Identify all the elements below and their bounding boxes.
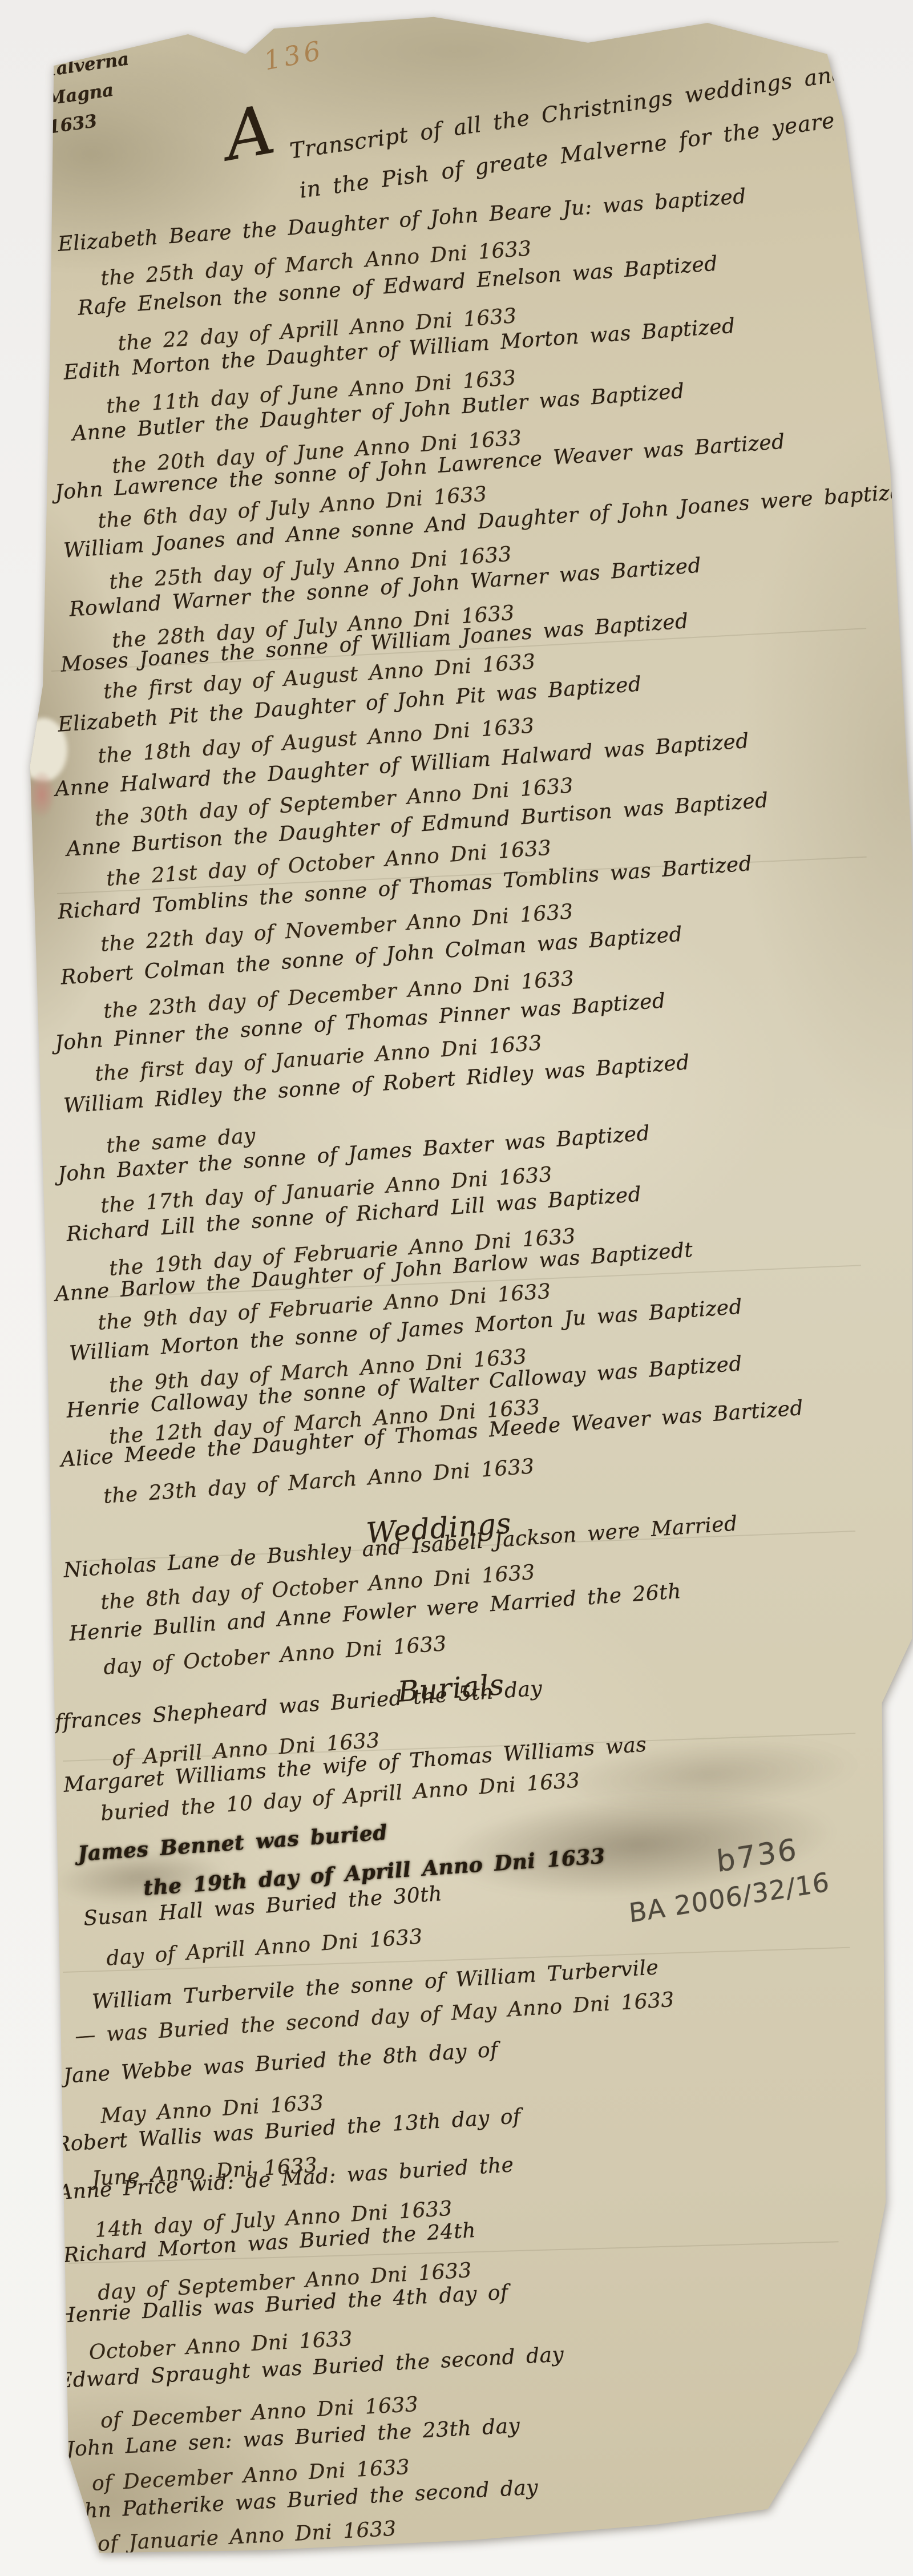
paper-shadow-wrap: Malverna Magna 1633 136 A Transcript of … xyxy=(0,0,913,2576)
parchment-page: Malverna Magna 1633 136 A Transcript of … xyxy=(0,0,913,2576)
margin-note-parish: Malverna xyxy=(35,49,130,82)
margin-note: Malverna Magna 1633 xyxy=(35,49,138,138)
red-stain xyxy=(29,772,55,817)
scanned-register-page: Malverna Magna 1633 136 A Transcript of … xyxy=(0,0,913,2576)
margin-note-parish-2: Magna xyxy=(45,77,134,110)
